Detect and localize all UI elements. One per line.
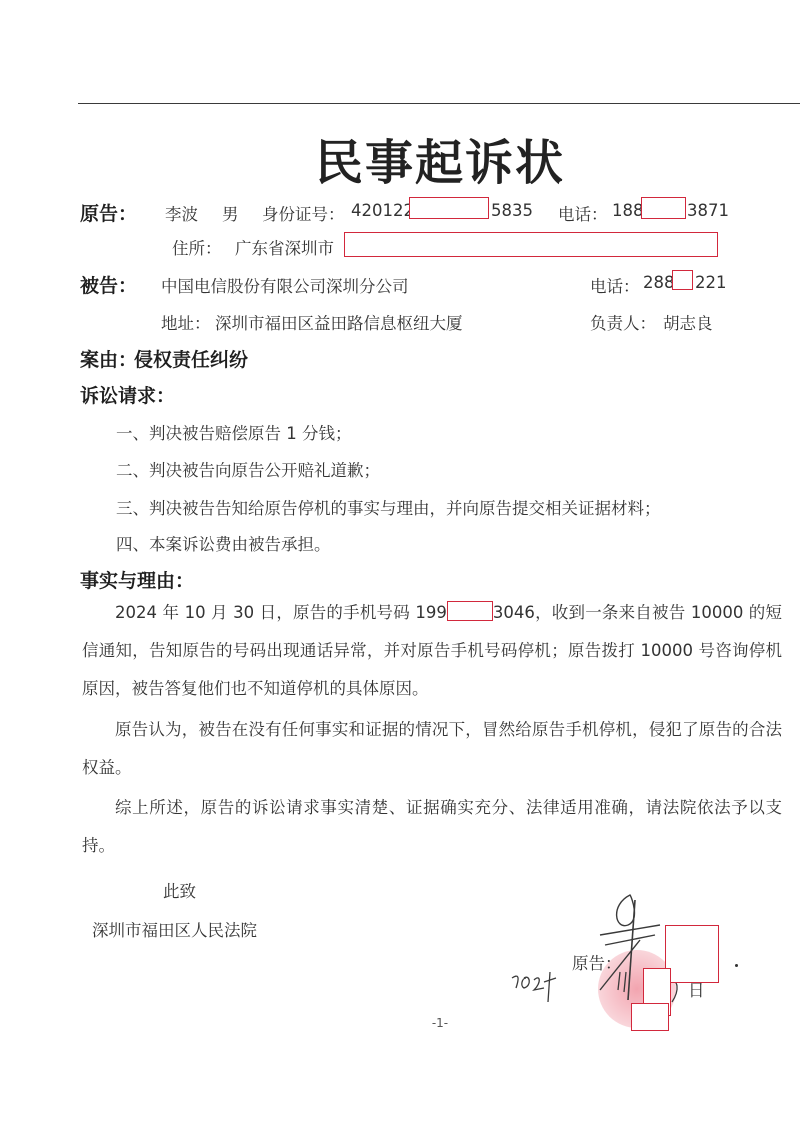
redaction-box-mobile <box>447 601 493 621</box>
facts-paragraph-3: 综上所述，原告的诉讼请求事实清楚、证据确实充分、法律适用准确，请法院依法予以支持… <box>82 789 782 865</box>
redaction-box-defendant-phone <box>672 270 693 290</box>
facts-p1-part-a: 2024 年 10 月 30 日，原告的手机号码 199 <box>115 603 447 622</box>
plaintiff-id-suffix: 5835 <box>491 201 533 220</box>
stray-dot <box>735 964 738 967</box>
claim-item: 三、判决被告告知给原告停机的事实与理由，并向原告提交相关证据材料； <box>116 495 661 519</box>
defendant-phone-label: 电话： <box>590 273 640 297</box>
signer-label: 原告： <box>572 950 622 974</box>
court-name: 深圳市福田区人民法院 <box>92 917 257 941</box>
plaintiff-address-label: 住所： <box>172 235 222 259</box>
redaction-box-address <box>344 232 718 257</box>
defendant-name: 中国电信股份有限公司深圳分公司 <box>161 273 409 297</box>
defendant-label: 被告： <box>80 271 137 298</box>
plaintiff-gender: 男 <box>222 201 239 225</box>
plaintiff-phone-label: 电话： <box>558 201 608 225</box>
cause-value: 侵权责任纠纷 <box>134 345 248 372</box>
redaction-box-phone <box>641 197 686 219</box>
defendant-phone-prefix: 288 <box>643 273 675 292</box>
defendant-rep-label: 负责人： <box>590 310 656 334</box>
claims-heading: 诉讼请求： <box>80 381 175 408</box>
plaintiff-address: 广东省深圳市 <box>235 235 334 259</box>
plaintiff-id-prefix: 420122 <box>351 201 414 220</box>
facts-paragraph-2: 原告认为，被告在没有任何事实和证据的情况下，冒然给原告手机停机，侵犯了原告的合法… <box>82 711 782 787</box>
facts-paragraph-1: 2024 年 10 月 30 日，原告的手机号码 1993046，收到一条来自被… <box>82 594 782 708</box>
redaction-box-id <box>409 197 489 219</box>
plaintiff-label: 原告： <box>80 199 137 226</box>
date-year: 2024年 <box>572 977 631 1001</box>
claim-item: 四、本案诉讼费由被告承担。 <box>116 531 331 555</box>
claim-item: 二、判决被告向原告公开赔礼道歉； <box>116 457 380 481</box>
header-rule <box>78 103 800 104</box>
plaintiff-phone-prefix: 188 <box>612 201 644 220</box>
plaintiff-phone-suffix: 3871 <box>687 201 729 220</box>
plaintiff-id-label: 身份证号： <box>262 201 345 225</box>
salutation: 此致 <box>163 878 196 902</box>
page-number: -1- <box>0 1016 800 1030</box>
claim-item: 一、判决被告赔偿原告 1 分钱； <box>116 420 352 444</box>
defendant-address: 深圳市福田区益田路信息枢纽大厦 <box>215 310 463 334</box>
defendant-phone-suffix: 221 <box>695 273 727 292</box>
facts-heading: 事实与理由： <box>80 566 194 593</box>
plaintiff-name: 李波 <box>165 201 198 225</box>
defendant-rep-name: 胡志良 <box>663 310 713 334</box>
cause-label: 案由： <box>80 345 137 372</box>
document-title: 民事起诉状 <box>0 124 800 193</box>
redaction-box-signature <box>665 925 719 983</box>
defendant-address-label: 地址： <box>161 310 211 334</box>
